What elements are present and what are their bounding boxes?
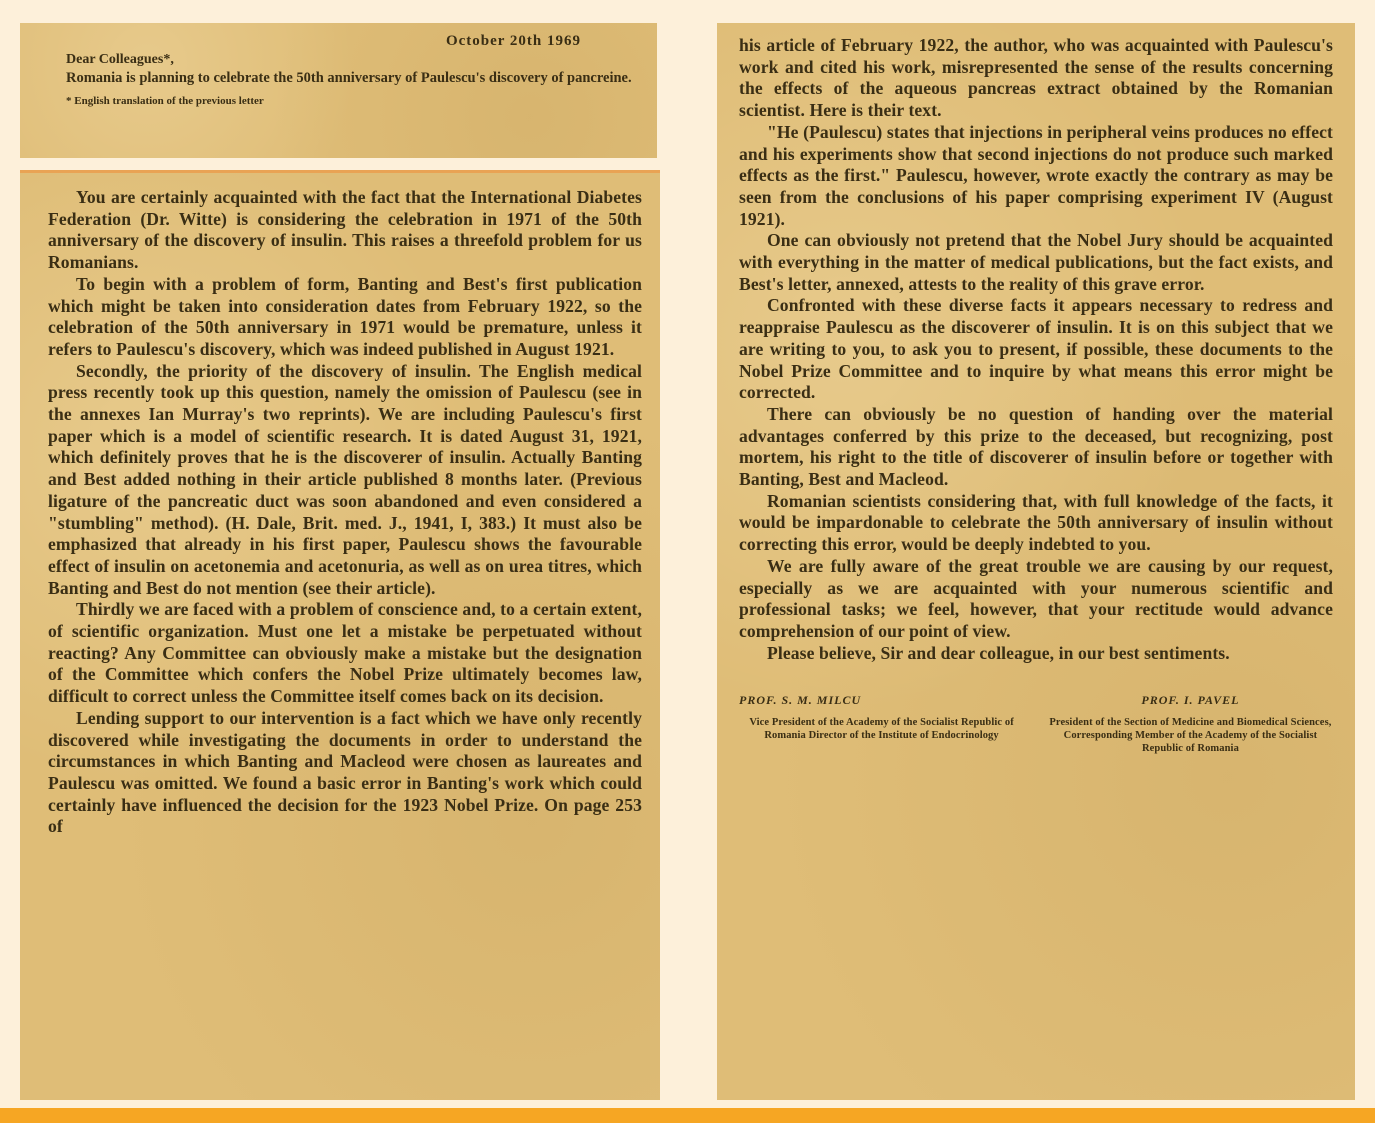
paragraph: Lending support to our intervention is a… <box>48 708 642 838</box>
paragraph: To begin with a problem of form, Banting… <box>48 274 642 361</box>
paragraph: Please believe, Sir and dear colleague, … <box>739 643 1333 665</box>
letter-greeting: Dear Colleagues*, <box>66 52 641 68</box>
signatory-title: President of the Section of Medicine and… <box>1048 716 1333 755</box>
letter-header-box: October 20th 1969 Dear Colleagues*, Roma… <box>20 23 657 158</box>
paragraph: You are certainly acquainted with the fa… <box>48 187 642 274</box>
letter-intro: Romania is planning to celebrate the 50t… <box>36 70 641 87</box>
paragraph: "He (Paulescu) states that injections in… <box>739 122 1333 231</box>
letter-right-column: his article of February 1922, the author… <box>717 23 1355 1100</box>
signatory-name: PROF. S. M. MILCU <box>739 690 1024 712</box>
paragraph: Romanian scientists considering that, wi… <box>739 491 1333 556</box>
accent-bar <box>0 1108 1375 1123</box>
letter-date: October 20th 1969 <box>36 33 581 50</box>
signatory-name: PROF. I. PAVEL <box>1048 690 1333 712</box>
paragraph: Thirdly we are faced with a problem of c… <box>48 599 642 708</box>
signature-pavel: PROF. I. PAVEL President of the Section … <box>1048 690 1333 755</box>
paragraph: One can obviously not pretend that the N… <box>739 230 1333 295</box>
signatory-title: Vice President of the Academy of the Soc… <box>739 716 1024 742</box>
paragraph: We are fully aware of the great trouble … <box>739 556 1333 643</box>
translation-footnote: * English translation of the previous le… <box>66 95 641 107</box>
signature-block: PROF. S. M. MILCU Vice President of the … <box>739 690 1333 755</box>
paragraph: Secondly, the priority of the discovery … <box>48 361 642 600</box>
paragraph: There can obviously be no question of ha… <box>739 404 1333 491</box>
letter-left-column: You are certainly acquainted with the fa… <box>20 170 660 1100</box>
signature-milcu: PROF. S. M. MILCU Vice President of the … <box>739 690 1024 755</box>
paragraph: his article of February 1922, the author… <box>739 35 1333 122</box>
paragraph: Confronted with these diverse facts it a… <box>739 295 1333 404</box>
